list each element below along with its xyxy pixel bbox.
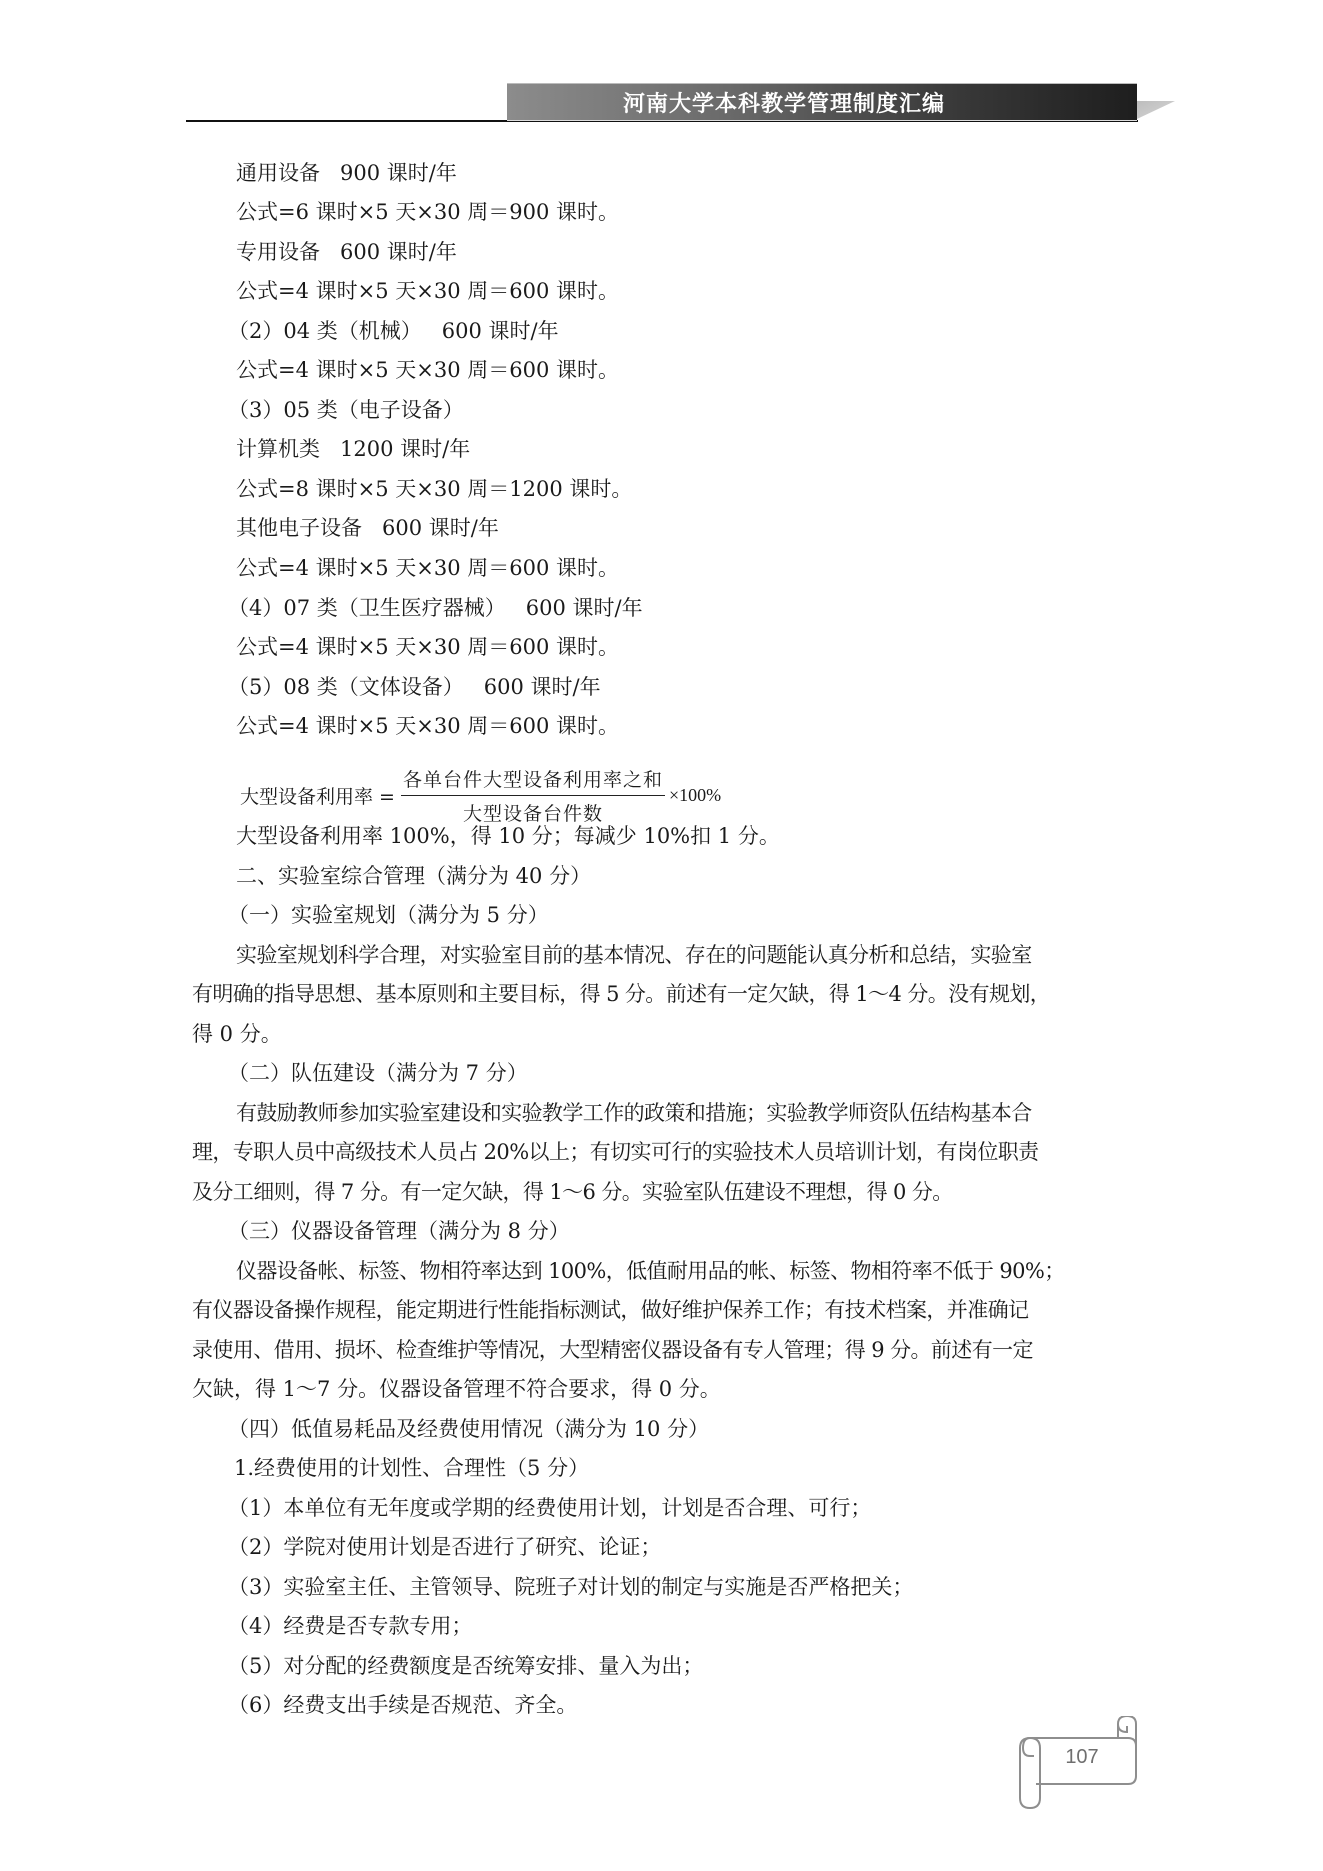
- utilization-formula: 大型设备利用率 = 各单台件大型设备利用率之和 大型设备台件数 ×100%: [240, 760, 721, 830]
- text-line: （4）经费是否专款专用；: [228, 1614, 472, 1638]
- text-line: （4）07 类（卫生医疗器械） 600 课时/年: [228, 596, 643, 620]
- formula-multiplier: ×100%: [669, 785, 721, 806]
- text-line: （5）对分配的经费额度是否统筹安排、量入为出；: [228, 1654, 703, 1678]
- formula-fraction: 各单台件大型设备利用率之和 大型设备台件数: [401, 765, 665, 826]
- text-line: 计算机类 1200 课时/年: [236, 437, 470, 461]
- text-line: 专用设备 600 课时/年: [236, 240, 457, 264]
- text-line: （2）04 类（机械） 600 课时/年: [228, 319, 559, 343]
- text-line: 其他电子设备 600 课时/年: [236, 516, 499, 540]
- text-line: 有明确的指导思想、基本原则和主要目标，得 5 分。前述有一定欠缺，得 1～4 分…: [192, 982, 1050, 1006]
- text-line: （3）实验室主任、主管领导、院班子对计划的制定与实施是否严格把关；: [228, 1575, 913, 1599]
- formula-lhs: 大型设备利用率 =: [240, 782, 395, 809]
- text-line: （1）本单位有无年度或学期的经费使用计划，计划是否合理、可行；: [228, 1496, 871, 1520]
- text-line: 公式=4 课时×5 天×30 周＝600 课时。: [236, 556, 619, 580]
- text-line: 通用设备 900 课时/年: [236, 161, 457, 185]
- text-line: 公式=4 课时×5 天×30 周＝600 课时。: [236, 635, 619, 659]
- header-rule: [186, 120, 1138, 122]
- text-line: 有仪器设备操作规程，能定期进行性能指标测试，做好维护保养工作；有技术档案，并准确…: [192, 1298, 1028, 1322]
- text-line: 公式=6 课时×5 天×30 周＝900 课时。: [236, 200, 619, 224]
- header-title: 河南大学本科教学管理制度汇编: [623, 87, 945, 118]
- text-line: 录使用、借用、损坏、检查维护等情况，大型精密仪器设备有专人管理；得 9 分。前述…: [192, 1338, 1033, 1362]
- header-banner: 河南大学本科教学管理制度汇编: [507, 83, 1137, 120]
- formula-numerator: 各单台件大型设备利用率之和: [401, 765, 665, 796]
- text-line: （3）05 类（电子设备）: [228, 398, 464, 422]
- text-line: （6）经费支出手续是否规范、齐全。: [228, 1693, 577, 1717]
- formula-denominator: 大型设备台件数: [463, 796, 603, 826]
- header-fold-decoration: [1137, 101, 1175, 119]
- text-line: 理，专职人员中高级技术人员占 20%以上；有切实可行的实验技术人员培训计划，有岗…: [192, 1140, 1039, 1164]
- text-line: 二、实验室综合管理（满分为 40 分）: [236, 864, 591, 888]
- page-scroll-icon: [1010, 1716, 1140, 1826]
- text-line: 公式=4 课时×5 天×30 周＝600 课时。: [236, 714, 619, 738]
- page-number: 107: [1047, 1746, 1117, 1769]
- text-line: 1.经费使用的计划性、合理性（5 分）: [234, 1456, 589, 1480]
- text-line: （2）学院对使用计划是否进行了研究、论证；: [228, 1535, 661, 1559]
- text-line: 欠缺，得 1～7 分。仪器设备管理不符合要求，得 0 分。: [192, 1377, 721, 1401]
- text-line: 有鼓励教师参加实验室建设和实验教学工作的政策和措施；实验教学师资队伍结构基本合: [236, 1101, 1032, 1125]
- text-line: （5）08 类（文体设备） 600 课时/年: [228, 675, 601, 699]
- text-line: 得 0 分。: [192, 1022, 282, 1046]
- text-line: （四）低值易耗品及经费使用情况（满分为 10 分）: [228, 1417, 709, 1441]
- text-line: 实验室规划科学合理，对实验室目前的基本情况、存在的问题能认真分析和总结，实验室: [236, 943, 1032, 967]
- text-line: 公式=4 课时×5 天×30 周＝600 课时。: [236, 358, 619, 382]
- text-line: 及分工细则，得 7 分。有一定欠缺，得 1～6 分。实验室队伍建设不理想，得 0…: [192, 1180, 953, 1204]
- text-line: （一）实验室规划（满分为 5 分）: [228, 903, 549, 927]
- text-line: （三）仪器设备管理（满分为 8 分）: [228, 1219, 570, 1243]
- text-line: （二）队伍建设（满分为 7 分）: [228, 1061, 528, 1085]
- text-line: 公式=8 课时×5 天×30 周＝1200 课时。: [236, 477, 632, 501]
- text-line: 仪器设备帐、标签、物相符率达到 100%，低值耐用品的帐、标签、物相符率不低于 …: [236, 1259, 1065, 1283]
- text-line: 公式=4 课时×5 天×30 周＝600 课时。: [236, 279, 619, 303]
